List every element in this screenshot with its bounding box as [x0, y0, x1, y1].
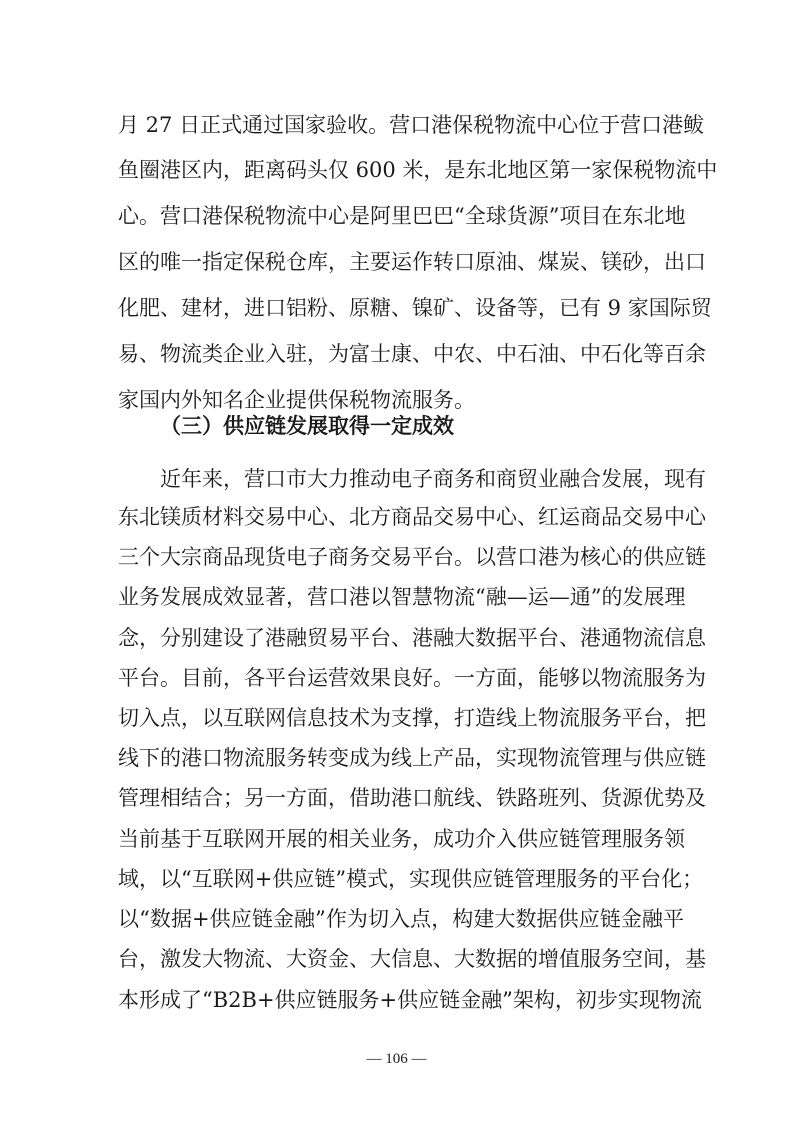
paragraph-line: 鱼圈港区内，距离码头仅 600 米，是东北地区第一家保税物流中 — [118, 157, 684, 183]
paragraph-line: 以“数据+供应链金融”作为切入点，构建大数据供应链金融平 — [118, 906, 684, 932]
document-page: 月 27 日正式通过国家验收。营口港保税物流中心位于营口港鲅 鱼圈港区内，距离码… — [0, 0, 793, 1122]
section-heading: （三）供应链发展取得一定成效 — [160, 413, 454, 439]
paragraph-line: 念，分别建设了港融贸易平台、港融大数据平台、港通物流信息 — [118, 625, 684, 651]
paragraph-line: 线下的港口物流服务转变成为线上产品，实现物流管理与供应链 — [118, 745, 684, 771]
paragraph-line: 月 27 日正式通过国家验收。营口港保税物流中心位于营口港鲅 — [118, 112, 684, 138]
paragraph-line: 三个大宗商品现货电子商务交易平台。以营口港为核心的供应链 — [118, 544, 684, 570]
paragraph-line: 东北镁质材料交易中心、北方商品交易中心、红运商品交易中心 — [118, 504, 684, 530]
paragraph-line: 心。营口港保税物流中心是阿里巴巴“全球货源”项目在东北地 — [118, 203, 684, 229]
page-number: — 106 — — [0, 1049, 793, 1069]
paragraph-line: 近年来，营口市大力推动电子商务和商贸业融合发展，现有 — [160, 466, 684, 492]
paragraph-line: 本形成了“B2B+供应链服务+供应链金融”架构，初步实现物流 — [118, 987, 684, 1013]
paragraph-line: 管理相结合；另一方面，借助港口航线、铁路班列、货源优势及 — [118, 785, 684, 811]
paragraph-line: 切入点，以互联网信息技术为支撑，打造线上物流服务平台，把 — [118, 705, 684, 731]
paragraph-line: 家国内外知名企业提供保税物流服务。 — [118, 387, 684, 413]
paragraph-line: 易、物流类企业入驻，为富士康、中农、中石油、中石化等百余 — [118, 341, 684, 367]
paragraph-line: 台，激发大物流、大资金、大信息、大数据的增值服务空间，基 — [118, 946, 684, 972]
paragraph-line: 当前基于互联网开展的相关业务，成功介入供应链管理服务领 — [118, 826, 684, 852]
paragraph-line: 域，以“互联网+供应链”模式，实现供应链管理服务的平台化； — [118, 866, 684, 892]
paragraph-line: 平台。目前，各平台运营效果良好。一方面，能够以物流服务为 — [118, 665, 684, 691]
paragraph-line: 业务发展成效显著，营口港以智慧物流“融—运—通”的发展理 — [118, 584, 684, 610]
paragraph-line: 化肥、建材，进口铝粉、原糖、镍矿、设备等，已有 9 家国际贸 — [118, 295, 684, 321]
paragraph-line: 区的唯一指定保税仓库，主要运作转口原油、煤炭、镁砂，出口 — [118, 249, 684, 275]
